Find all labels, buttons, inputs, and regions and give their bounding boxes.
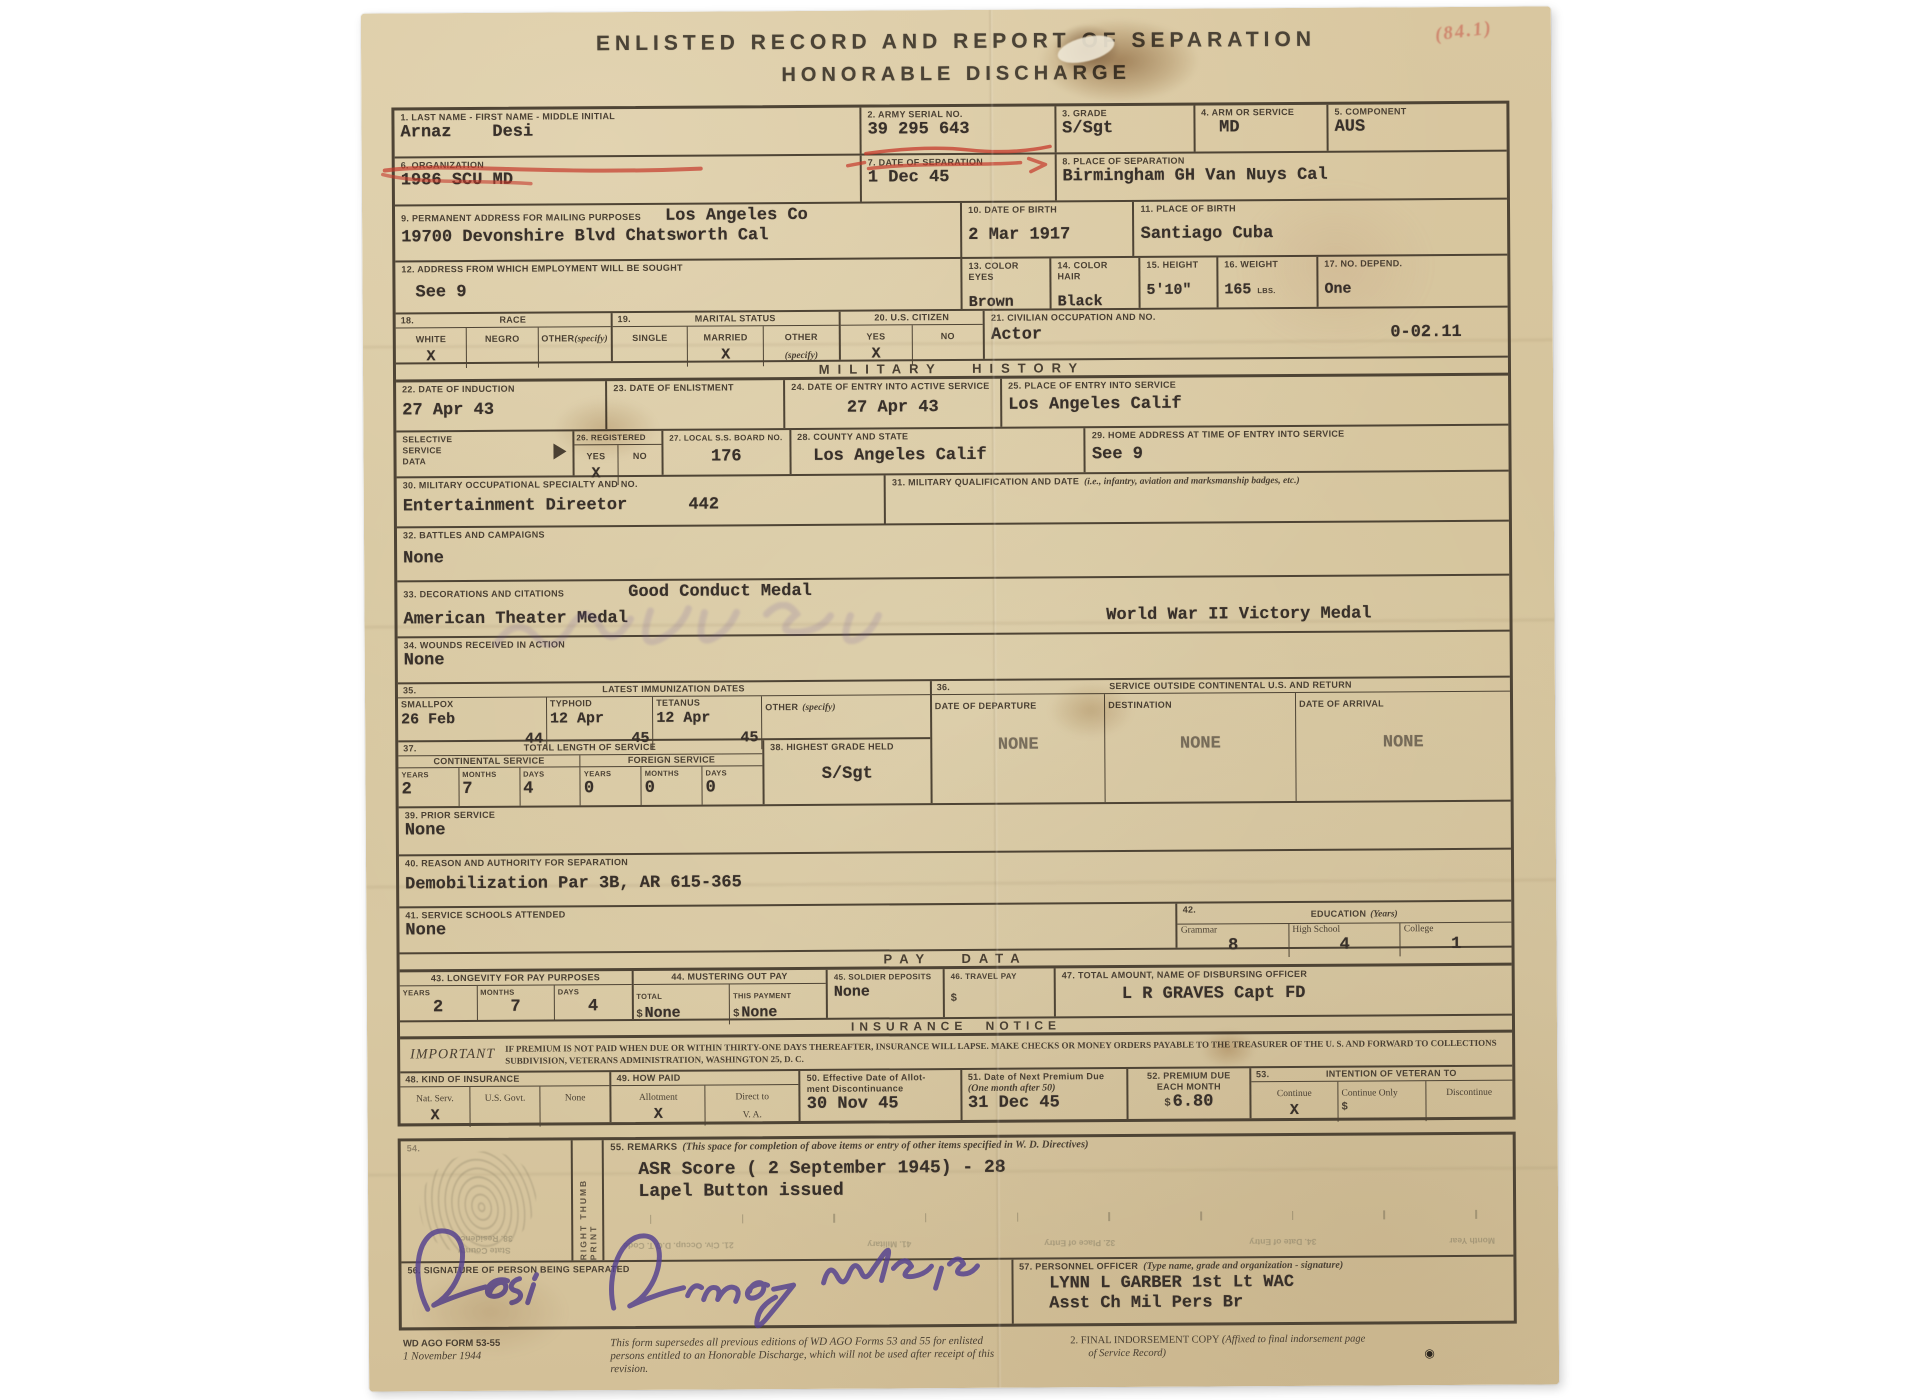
form-row: 1. LAST NAME - FIRST NAME - MIDDLE INITI… bbox=[394, 104, 1506, 159]
field-39-prior-service: 39. PRIOR SERVICE None bbox=[399, 802, 1511, 855]
field-13-eyes: 13. COLOR EYES Brown bbox=[962, 258, 1051, 309]
foreign-days-value: 0 bbox=[706, 778, 760, 798]
field-21-number-value: 0-02.11 bbox=[1390, 323, 1462, 343]
race-negro-label: NEGRO bbox=[485, 334, 520, 344]
natserv-cell: Nat. Serv.X bbox=[400, 1087, 470, 1127]
field-33-value-1: Good Conduct Medal bbox=[628, 582, 812, 602]
other-immunization-cell: OTHER (specify) bbox=[762, 695, 930, 749]
field-33-value-3: World War II Victory Medal bbox=[1106, 604, 1371, 626]
field-11-value: Santiago Cuba bbox=[1141, 223, 1502, 245]
field-8-place-separation: 8. PLACE OF SEPARATION Birmingham GH Van… bbox=[1056, 152, 1507, 201]
continue-label: Continue bbox=[1277, 1089, 1312, 1099]
education-grammar-cell: Grammar8 bbox=[1178, 924, 1290, 958]
field-6-value: 1986 SCU MD bbox=[401, 169, 854, 192]
grammar-label: Grammar bbox=[1181, 925, 1217, 936]
field-32-battles: 32. BATTLES AND CAMPAIGNS None bbox=[397, 522, 1509, 581]
citizen-yes-label: YES bbox=[866, 331, 885, 341]
field-49-how-paid: 49. HOW PAID AllotmentX Direct to V. A. bbox=[612, 1071, 801, 1122]
field-33-decorations: 33. DECORATIONS AND CITATIONS Good Condu… bbox=[397, 576, 1509, 637]
field-12-label: 12. ADDRESS FROM WHICH EMPLOYMENT WILL B… bbox=[401, 261, 954, 275]
bleedthrough-text: Month Year bbox=[1449, 1235, 1495, 1247]
field-57-value-2: Asst Ch Mil Pers Br bbox=[1049, 1292, 1508, 1315]
field-21-occupation: 21. CIVILIAN OCCUPATION AND NO. Actor 0-… bbox=[985, 308, 1508, 359]
form-row: 48. KIND OF INSURANCE Nat. Serv.X U.S. G… bbox=[400, 1067, 1512, 1124]
bleedthrough-text: 32. Place of Entry bbox=[1044, 1237, 1115, 1249]
field-57-label: 57. PERSONNEL OFFICER bbox=[1019, 1261, 1138, 1273]
field-12-employment-address: 12. ADDRESS FROM WHICH EMPLOYMENT WILL B… bbox=[395, 259, 962, 312]
field-33-label: 33. DECORATIONS AND CITATIONS bbox=[403, 588, 564, 599]
field-49-label: 49. HOW PAID bbox=[617, 1072, 794, 1084]
field-47-disbursing-officer: 47. TOTAL AMOUNT, NAME OF DISBURSING OFF… bbox=[1056, 966, 1512, 1017]
field-52-label: 52. PREMIUM DUE EACH MONTH bbox=[1135, 1070, 1243, 1093]
form-row: 34. WOUNDS RECEIVED IN ACTION None bbox=[398, 632, 1510, 685]
continue-x: X bbox=[1254, 1101, 1335, 1121]
dollar-sign: $ bbox=[1342, 1100, 1421, 1112]
field-45-label: 45. SOLDIER DEPOSITS bbox=[834, 971, 937, 983]
field-19-number: 19. bbox=[617, 314, 630, 325]
field-31-label: 31. MILITARY QUALIFICATION AND DATE bbox=[892, 476, 1079, 488]
form-row: SELECTIVE SERVICE DATA 26. REGISTERED YE… bbox=[396, 426, 1508, 479]
citizen-yes-x: X bbox=[844, 344, 909, 364]
field-24-label: 24. DATE OF ENTRY INTO ACTIVE SERVICE bbox=[791, 381, 994, 393]
registered-yes-label: YES bbox=[586, 451, 605, 461]
field-53-intention: 53.INTENTION OF VETERAN TO ContinueX Con… bbox=[1251, 1067, 1513, 1119]
field-26-label: 26. REGISTERED bbox=[576, 432, 646, 443]
field-2-value: 39 295 643 bbox=[867, 119, 1048, 140]
field-56-label: 56. SIGNATURE OF PERSON BEING SEPARATED bbox=[407, 1262, 1005, 1277]
field-22-induction: 22. DATE OF INDUCTION 27 Apr 43 bbox=[396, 381, 608, 430]
mustering-total-cell: TOTAL$None bbox=[633, 984, 730, 1025]
longevity-days: DAYS4 bbox=[555, 985, 632, 1019]
form-row: 39. PRIOR SERVICE None bbox=[399, 802, 1511, 857]
direct-va-cell: Direct to V. A. bbox=[706, 1085, 799, 1126]
form-row: 18.RACE WHITEX NEGRO OTHER(specify) 19.M… bbox=[396, 308, 1508, 365]
field-41-service-schools: 41. SERVICE SCHOOLS ATTENDED None bbox=[399, 904, 1178, 953]
total-label: TOTAL bbox=[636, 992, 662, 1001]
form-row: 30. MILITARY OCCUPATIONAL SPECIALTY AND … bbox=[397, 472, 1509, 529]
arrival-value: NONE bbox=[1299, 733, 1507, 754]
field-3-value: S/Sgt bbox=[1062, 119, 1187, 140]
continental-months: MONTHS7 bbox=[459, 768, 520, 806]
citizen-yes-cell: YESX bbox=[840, 325, 912, 365]
allotment-label: Allotment bbox=[639, 1093, 678, 1103]
continental-years-value: 2 bbox=[401, 780, 455, 800]
tetanus-cell: TETANUS12 Apr45 bbox=[653, 696, 762, 750]
mustering-payment-value: None bbox=[741, 1004, 777, 1021]
field-43-longevity: 43. LONGEVITY FOR PAY PURPOSES YEARS2 MO… bbox=[400, 971, 634, 1020]
usgovt-label: U.S. Govt. bbox=[485, 1094, 526, 1104]
field-27-value: 176 bbox=[669, 447, 783, 468]
field-18-number: 18. bbox=[401, 315, 414, 326]
field-7-value: 1 Dec 45 bbox=[868, 167, 1049, 188]
field-10-value: 2 Mar 1917 bbox=[968, 225, 1126, 246]
months-label: MONTHS bbox=[645, 768, 679, 779]
days-label: DAYS bbox=[705, 767, 726, 778]
field-25-label: 25. PLACE OF ENTRY INTO SERVICE bbox=[1008, 378, 1502, 392]
field-42-number: 42. bbox=[1183, 905, 1196, 916]
foreign-service-label: FOREIGN SERVICE bbox=[581, 754, 762, 766]
field-55-label-italic: (This space for completion of above item… bbox=[682, 1139, 1088, 1152]
foreign-years: YEARS0 bbox=[581, 767, 642, 805]
natserv-label: Nat. Serv. bbox=[416, 1094, 454, 1104]
field-52-premium-due: 52. PREMIUM DUE EACH MONTH $6.80 bbox=[1129, 1068, 1252, 1119]
race-other-specify: (specify) bbox=[574, 334, 607, 344]
longevity-months: MONTHS7 bbox=[477, 985, 555, 1019]
field-50-allotment-discontinuance: 50. Effective Date of Allot- ment Discon… bbox=[801, 1070, 963, 1121]
form-title: ENLISTED RECORD AND REPORT OF SEPARATION bbox=[361, 26, 1551, 57]
continue-only-cell: Continue Only$ bbox=[1338, 1081, 1426, 1122]
dollar-sign: $ bbox=[733, 1007, 739, 1019]
field-20-citizen: 20. U.S. CITIZEN YESX NO bbox=[840, 311, 985, 360]
bleedthrough-text: 34. Date of Entry bbox=[1249, 1236, 1316, 1248]
marital-other-specify: (specify) bbox=[785, 351, 818, 361]
field-1-value: Arnaz Desi bbox=[400, 121, 853, 144]
continental-service-label: CONTINENTAL SERVICE bbox=[398, 755, 580, 767]
field-50-label: 50. Effective Date of Allot- ment Discon… bbox=[807, 1072, 954, 1095]
race-white-label: WHITE bbox=[416, 334, 447, 344]
form-row: 35.LATEST IMMUNIZATION DATES SMALLPOX26 … bbox=[398, 678, 1511, 809]
typhoid-year: 45 bbox=[550, 729, 649, 750]
months-label: MONTHS bbox=[480, 987, 514, 998]
field-57-personnel-officer: 57. PERSONNEL OFFICER (Type name, grade … bbox=[1013, 1257, 1514, 1324]
field-16-unit: LBS. bbox=[1257, 285, 1275, 296]
highschool-label: High School bbox=[1292, 925, 1340, 936]
form-row: 33. DECORATIONS AND CITATIONS Good Condu… bbox=[397, 576, 1509, 639]
field-33-value-2: American Theater Medal bbox=[403, 609, 628, 630]
field-9-value-line1: Los Angeles Co bbox=[665, 206, 808, 226]
race-other-label: OTHER bbox=[541, 333, 574, 343]
destination-value: NONE bbox=[1108, 734, 1292, 755]
form-subtitle: HONORABLE DISCHARGE bbox=[361, 58, 1551, 89]
copy-line-1: 2. FINAL INDORSEMENT COPY bbox=[1070, 1334, 1219, 1346]
field-51-next-premium: 51. Date of Next Premium Due (One month … bbox=[962, 1069, 1129, 1120]
field-53-label: INTENTION OF VETERAN TO bbox=[1275, 1068, 1507, 1080]
field-31-qualification: 31. MILITARY QUALIFICATION AND DATE (i.e… bbox=[886, 472, 1509, 524]
field-10-label: 10. DATE OF BIRTH bbox=[968, 204, 1126, 216]
field-21-label: 21. CIVILIAN OCCUPATION AND NO. bbox=[991, 310, 1502, 324]
bleedthrough-text: State County 38. Residence bbox=[409, 1232, 559, 1257]
direct-va-label: Direct to V. A. bbox=[735, 1092, 769, 1120]
field-29-value: See 9 bbox=[1092, 443, 1503, 466]
field-44-label: 44. MUSTERING OUT PAY bbox=[638, 971, 821, 983]
field-50-value: 30 Nov 45 bbox=[807, 1094, 954, 1115]
field-52-value: 6.80 bbox=[1173, 1092, 1214, 1111]
field-14-label: 14. COLOR HAIR bbox=[1057, 260, 1132, 282]
field-36-number: 36. bbox=[937, 682, 950, 693]
field-16-label: 16. WEIGHT bbox=[1224, 259, 1310, 271]
field-36-service-outside: 36.SERVICE OUTSIDE CONTINENTAL U.S. AND … bbox=[932, 678, 1511, 804]
field-21-value: Actor bbox=[991, 325, 1042, 345]
race-white-cell: WHITEX bbox=[396, 328, 468, 368]
field-35-number: 35. bbox=[403, 685, 416, 696]
field-13-label: 13. COLOR EYES bbox=[968, 260, 1043, 282]
field-3-grade: 3. GRADE S/Sgt bbox=[1056, 106, 1195, 153]
field-46-travel-pay: 46. TRAVEL PAY $ bbox=[945, 968, 1056, 1017]
field-24-value: 27 Apr 43 bbox=[791, 398, 994, 419]
field-27-board: 27. LOCAL S.S. BOARD NO. 176 bbox=[663, 430, 791, 475]
months-label: MONTHS bbox=[462, 769, 496, 780]
supersede-note: This form supersedes all previous editio… bbox=[610, 1335, 1010, 1376]
field-47-label: 47. TOTAL AMOUNT, NAME OF DISBURSING OFF… bbox=[1062, 968, 1506, 982]
indorsement-copy-note: 2. FINAL INDORSEMENT COPY (Affixed to fi… bbox=[1070, 1332, 1400, 1360]
field-20-label: 20. U.S. CITIZEN bbox=[845, 312, 978, 324]
smallpox-year: 44 bbox=[401, 730, 543, 751]
continue-only-label: Continue Only bbox=[1341, 1088, 1397, 1098]
field-6-organization: 6. ORGANIZATION 1986 SCU MD bbox=[395, 156, 862, 205]
bleedthrough-text: 21. Civ. Occup. D.O.T. Code bbox=[623, 1239, 733, 1252]
field-9-label: 9. PERMANENT ADDRESS FOR MAILING PURPOSE… bbox=[401, 212, 641, 223]
mustering-total-value: None bbox=[645, 1005, 681, 1022]
copy-line-2: (Affixed to final indorsement page bbox=[1222, 1334, 1366, 1346]
form-row: 22. DATE OF INDUCTION 27 Apr 43 23. DATE… bbox=[396, 376, 1508, 433]
field-29-home-address: 29. HOME ADDRESS AT TIME OF ENTRY INTO S… bbox=[1086, 426, 1509, 473]
field-16-weight: 16. WEIGHT 165 LBS. bbox=[1218, 257, 1318, 308]
field-17-dependents: 17. NO. DEPEND. One bbox=[1318, 256, 1507, 307]
form-row: 6. ORGANIZATION 1986 SCU MD 7. DATE OF S… bbox=[395, 152, 1507, 207]
bleedthrough-row: 21. Civ. Occup. D.O.T. Code 41. Military… bbox=[623, 1235, 1495, 1252]
field-23-enlistment: 23. DATE OF ENLISTMENT bbox=[607, 380, 785, 429]
thumbprint-strip: RIGHT THUMB PRINT bbox=[573, 1140, 605, 1260]
field-19-label: MARITAL STATUS bbox=[637, 313, 834, 325]
field-42-label: EDUCATION bbox=[1311, 909, 1367, 919]
field-17-value: One bbox=[1324, 279, 1501, 300]
continental-days: DAYS4 bbox=[520, 767, 581, 805]
remarks-signature-box: 54. State County 38. Residence RIGHT THU… bbox=[398, 1132, 1517, 1331]
field-11-place-of-birth: 11. PLACE OF BIRTH Santiago Cuba bbox=[1134, 200, 1507, 256]
field-46-label: 46. TRAVEL PAY bbox=[951, 970, 1048, 982]
form-date: 1 November 1944 bbox=[403, 1350, 500, 1364]
form-row: 41. SERVICE SCHOOLS ATTENDED None 42.EDU… bbox=[399, 902, 1511, 955]
field-25-value: Los Angeles Calif bbox=[1008, 393, 1502, 416]
field-55-remarks: 55. REMARKS (This space for completion o… bbox=[604, 1135, 1513, 1261]
allotment-cell: AllotmentX bbox=[612, 1086, 706, 1127]
field-44-mustering-out: 44. MUSTERING OUT PAY TOTAL$None THIS PA… bbox=[633, 970, 828, 1019]
typhoid-label: TYPHOID bbox=[550, 698, 592, 709]
field-25-place-entry: 25. PLACE OF ENTRY INTO SERVICE Los Ange… bbox=[1002, 376, 1508, 427]
marital-single-cell: SINGLE bbox=[613, 327, 689, 367]
field-53-number: 53. bbox=[1256, 1069, 1269, 1080]
longevity-years-value: 2 bbox=[403, 998, 474, 1018]
field-22-value: 27 Apr 43 bbox=[402, 400, 599, 421]
highschool-value: 4 bbox=[1292, 935, 1397, 956]
form-row: 12. ADDRESS FROM WHICH EMPLOYMENT WILL B… bbox=[395, 256, 1507, 315]
marital-married-cell: MARRIEDX bbox=[688, 326, 764, 366]
foreign-months-value: 0 bbox=[645, 779, 699, 799]
marital-single-label: SINGLE bbox=[632, 333, 667, 343]
form-row: 40. REASON AND AUTHORITY FOR SEPARATION … bbox=[399, 850, 1511, 909]
marital-other-label: OTHER bbox=[785, 332, 818, 342]
field-17-label: 17. NO. DEPEND. bbox=[1324, 258, 1501, 270]
dollar-sign: $ bbox=[951, 991, 1046, 1004]
longevity-years: YEARS2 bbox=[400, 986, 478, 1020]
smallpox-cell: SMALLPOX26 Feb44 bbox=[398, 698, 547, 752]
field-23-label: 23. DATE OF ENLISTMENT bbox=[613, 382, 777, 394]
field-30-value: Entertainment Direetor 442 bbox=[403, 494, 878, 517]
usgovt-cell: U.S. Govt. bbox=[470, 1087, 540, 1127]
field-2-serial: 2. ARMY SERIAL NO. 39 295 643 bbox=[861, 106, 1056, 153]
field-45-value: None bbox=[834, 982, 937, 1003]
field-18-label: RACE bbox=[420, 314, 605, 326]
field-51-label: 51. Date of Next Premium Due bbox=[968, 1071, 1121, 1083]
field-48-label: 48. KIND OF INSURANCE bbox=[405, 1073, 604, 1085]
field-9-value-line2: 19700 Devonshire Blvd Chatsworth Cal bbox=[401, 225, 954, 248]
form-row: 43. LONGEVITY FOR PAY PURPOSES YEARS2 MO… bbox=[400, 966, 1512, 1023]
field-45-soldier-deposits: 45. SOLDIER DEPOSITS None bbox=[828, 969, 945, 1018]
field-15-height: 15. HEIGHT 5'10" bbox=[1140, 257, 1218, 307]
typhoid-date: 12 Apr bbox=[550, 709, 649, 730]
field-30-specialty: 30. MILITARY OCCUPATIONAL SPECIALTY AND … bbox=[397, 475, 887, 526]
field-27-label: 27. LOCAL S.S. BOARD NO. bbox=[669, 432, 783, 444]
continental-months-value: 7 bbox=[462, 780, 516, 800]
longevity-months-value: 7 bbox=[480, 998, 551, 1018]
race-other-cell: OTHER(specify) bbox=[538, 327, 610, 367]
field-31-label-italic: (i.e., infantry, aviation and marksmansh… bbox=[1084, 476, 1300, 488]
field-35-label: LATEST IMMUNIZATION DATES bbox=[422, 682, 924, 696]
years-label: YEARS bbox=[403, 987, 430, 998]
field-40-reason-separation: 40. REASON AND AUTHORITY FOR SEPARATION … bbox=[399, 850, 1511, 907]
typhoid-cell: TYPHOID12 Apr45 bbox=[547, 697, 654, 751]
field-5-value: AUS bbox=[1335, 117, 1501, 138]
form-number: WD AGO FORM 53-55 bbox=[403, 1338, 500, 1351]
field-12-value: See 9 bbox=[401, 280, 954, 303]
marital-other-cell: OTHER (specify) bbox=[764, 326, 839, 366]
mustering-payment-cell: THIS PAYMENT$None bbox=[730, 984, 826, 1025]
tetanus-label: TETANUS bbox=[656, 698, 700, 709]
field-10-date-of-birth: 10. DATE OF BIRTH 2 Mar 1917 bbox=[962, 202, 1135, 257]
days-label: DAYS bbox=[558, 986, 579, 997]
field-8-value: Birmingham GH Van Nuys Cal bbox=[1062, 165, 1500, 188]
departure-value: NONE bbox=[935, 735, 1102, 756]
other-immunization-specify: (specify) bbox=[802, 703, 835, 713]
field-36-label: SERVICE OUTSIDE CONTINENTAL U.S. AND RET… bbox=[956, 679, 1505, 693]
field-7-date-separation: 7. DATE OF SEPARATION 1 Dec 45 bbox=[862, 154, 1057, 201]
field-47-value: L R GRAVES Capt FD bbox=[1062, 983, 1506, 1006]
years-label: YEARS bbox=[584, 768, 611, 779]
longevity-days-value: 4 bbox=[558, 997, 629, 1017]
right-thumb-print-label: RIGHT THUMB PRINT bbox=[578, 1140, 599, 1260]
field-1-name: 1. LAST NAME - FIRST NAME - MIDDLE INITI… bbox=[394, 108, 861, 157]
copy-line-3: of Service Record) bbox=[1088, 1345, 1400, 1360]
field-30-label: 30. MILITARY OCCUPATIONAL SPECIALTY AND … bbox=[403, 477, 878, 491]
field-42-years-label: (Years) bbox=[1370, 909, 1398, 919]
education-college-cell: College1 bbox=[1401, 923, 1512, 957]
days-label: DAYS bbox=[523, 769, 544, 780]
punch-mark-icon: ◉ bbox=[1424, 1346, 1435, 1361]
field-29-label: 29. HOME ADDRESS AT TIME OF ENTRY INTO S… bbox=[1092, 428, 1503, 442]
form-number-block: WD AGO FORM 53-55 1 November 1944 bbox=[403, 1338, 500, 1364]
race-negro-cell: NEGRO bbox=[467, 328, 539, 368]
race-white-x: X bbox=[399, 347, 463, 367]
field-15-value: 5'10" bbox=[1146, 280, 1210, 300]
destination-label: DESTINATION bbox=[1108, 700, 1172, 710]
field-14-hair: 14. COLOR HAIR Black bbox=[1051, 258, 1140, 309]
field-11-label: 11. PLACE OF BIRTH bbox=[1140, 202, 1501, 215]
dollar-sign: $ bbox=[636, 1008, 642, 1020]
form-row: 9. PERMANENT ADDRESS FOR MAILING PURPOSE… bbox=[395, 200, 1507, 263]
marital-married-x: X bbox=[691, 345, 760, 365]
tetanus-date: 12 Apr bbox=[656, 708, 758, 729]
field-15-label: 15. HEIGHT bbox=[1146, 259, 1210, 270]
field-24-active-service: 24. DATE OF ENTRY INTO ACTIVE SERVICE 27… bbox=[785, 379, 1002, 428]
allotment-x: X bbox=[615, 1105, 702, 1126]
field-38-value: S/Sgt bbox=[770, 764, 924, 785]
field-55-label: 55. REMARKS bbox=[610, 1142, 677, 1153]
field-51-label-italic: (One month after 50) bbox=[968, 1082, 1121, 1094]
this-payment-label: THIS PAYMENT bbox=[733, 991, 791, 1000]
arrival-cell: DATE OF ARRIVALNONE bbox=[1296, 692, 1511, 801]
foreign-months: MONTHS0 bbox=[642, 767, 703, 805]
college-value: 1 bbox=[1404, 935, 1509, 956]
form-footer: WD AGO FORM 53-55 1 November 1944 This f… bbox=[403, 1332, 1513, 1378]
field-22-label: 22. DATE OF INDUCTION bbox=[402, 383, 599, 395]
field-19-marital: 19.MARITAL STATUS SINGLE MARRIEDX OTHER … bbox=[612, 312, 840, 361]
field-16-value: 165 bbox=[1224, 280, 1251, 300]
none-insurance-cell: None bbox=[541, 1086, 610, 1126]
field-57-label-italic: (Type name, grade and organization - sig… bbox=[1143, 1260, 1343, 1272]
field-4-label: 4. ARM OR SERVICE bbox=[1201, 107, 1321, 119]
field-35-immunization: 35.LATEST IMMUNIZATION DATES SMALLPOX26 … bbox=[398, 681, 930, 742]
important-label: IMPORTANT bbox=[400, 1047, 505, 1064]
field-28-value: Los Angeles Calif bbox=[797, 445, 1078, 467]
tetanus-year: 45 bbox=[656, 728, 758, 749]
field-43-label: 43. LONGEVITY FOR PAY PURPOSES bbox=[405, 972, 627, 984]
field-54-thumbprint-box: 54. State County 38. Residence bbox=[401, 1140, 574, 1261]
field-34-wounds: 34. WOUNDS RECEIVED IN ACTION None bbox=[398, 632, 1510, 683]
form-grid: 1. LAST NAME - FIRST NAME - MIDDLE INITI… bbox=[391, 101, 1515, 1127]
continue-cell: ContinueX bbox=[1251, 1082, 1339, 1123]
field-51-value: 31 Dec 45 bbox=[968, 1093, 1121, 1114]
departure-cell: DATE OF DEPARTURENONE bbox=[932, 694, 1106, 803]
important-text: IF PREMIUM IS NOT PAID WHEN DUE OR WITHI… bbox=[505, 1037, 1512, 1067]
citizen-no-cell: NO bbox=[912, 325, 983, 365]
signature-row: 56. SIGNATURE OF PERSON BEING SEPARATED bbox=[401, 1257, 1513, 1328]
immunization-service-left: 35.LATEST IMMUNIZATION DATES SMALLPOX26 … bbox=[398, 681, 932, 806]
field-18-race: 18.RACE WHITEX NEGRO OTHER(specify) bbox=[396, 313, 613, 362]
years-label: YEARS bbox=[401, 769, 428, 780]
citizen-no-label: NO bbox=[941, 331, 955, 341]
field-48-kind-of-insurance: 48. KIND OF INSURANCE Nat. Serv.X U.S. G… bbox=[400, 1072, 612, 1123]
none-label: None bbox=[565, 1093, 586, 1103]
dollar-sign: $ bbox=[1164, 1097, 1170, 1109]
field-56-signature: 56. SIGNATURE OF PERSON BEING SEPARATED bbox=[401, 1260, 1013, 1328]
document-paper: (84.1) ENLISTED RECORD AND REPORT OF SEP… bbox=[361, 6, 1559, 1391]
field-40-value: Demobilization Par 3B, AR 615-365 bbox=[405, 869, 1505, 896]
arrival-label: DATE OF ARRIVAL bbox=[1299, 698, 1384, 709]
destination-cell: DESTINATIONNONE bbox=[1105, 693, 1296, 802]
field-28-label: 28. COUNTY AND STATE bbox=[797, 430, 1078, 443]
field-57-value-1: LYNN L GARBER 1st Lt WAC bbox=[1049, 1272, 1508, 1295]
registered-no-label: NO bbox=[633, 451, 647, 461]
remarks-row: 54. State County 38. Residence RIGHT THU… bbox=[401, 1135, 1514, 1264]
college-label: College bbox=[1404, 924, 1434, 935]
field-5-component: 5. COMPONENT AUS bbox=[1328, 104, 1506, 151]
field-42-education: 42.EDUCATION (Years) Grammar8 High Schoo… bbox=[1178, 902, 1512, 948]
form-header: ENLISTED RECORD AND REPORT OF SEPARATION… bbox=[361, 6, 1552, 99]
selective-service-arrow-icon bbox=[553, 443, 566, 459]
bleedthrough-ticks bbox=[650, 1210, 1477, 1224]
smallpox-label: SMALLPOX bbox=[401, 699, 453, 710]
departure-label: DATE OF DEPARTURE bbox=[935, 701, 1037, 712]
selective-service-label: SELECTIVE SERVICE DATA bbox=[402, 433, 566, 467]
foreign-years-value: 0 bbox=[584, 779, 638, 799]
smallpox-date: 26 Feb bbox=[401, 710, 543, 731]
field-26-registered: 26. REGISTERED YESX NO bbox=[574, 431, 663, 476]
bleedthrough-text: 41. Military bbox=[867, 1238, 911, 1250]
field-32-value: None bbox=[403, 543, 1503, 570]
foreign-days: DAYS0 bbox=[702, 766, 762, 804]
discontinue-label: Discontinue bbox=[1446, 1088, 1492, 1098]
selective-service-box: SELECTIVE SERVICE DATA bbox=[396, 431, 574, 476]
